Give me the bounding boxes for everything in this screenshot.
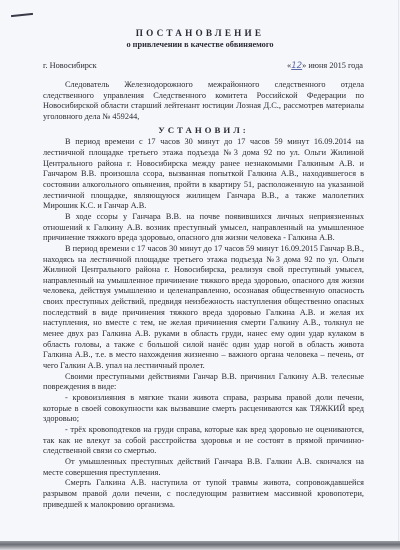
- closing-paragraph-1: От умышленных преступных действий Ганчар…: [43, 457, 364, 478]
- closing-paragraph-2: Смерть Галкина А.В. наступила от тупой т…: [43, 478, 364, 510]
- section-heading: УСТАНОВИЛ:: [43, 125, 364, 136]
- injury-item-1: - кровоизлияния в мягкие ткани живота сп…: [43, 393, 364, 425]
- document-page: ПОСТАНОВЛЕНИЕ о привлечении в качестве о…: [0, 0, 399, 541]
- document-subtitle: о привлечении в качестве обвиняемого: [0, 40, 400, 49]
- document-body: Следователь Железнодорожного межрайонног…: [43, 80, 364, 510]
- date-month-year: » июня 2015 года: [302, 61, 363, 70]
- paragraph-4: Своими преступными действиями Ганчар В.В…: [43, 372, 364, 393]
- injury-item-2: - трёх кровоподтеков на груди справа, ко…: [43, 425, 364, 457]
- handwritten-day: 12: [291, 61, 302, 71]
- paragraph-1: В период времени с 17 часов 30 минут до …: [43, 137, 364, 212]
- intro-paragraph: Следователь Железнодорожного межрайонног…: [43, 80, 364, 123]
- city-label: г. Новосибирск: [43, 61, 97, 70]
- document-date: «12» июня 2015 года: [287, 61, 363, 71]
- pen-mark: [11, 13, 33, 17]
- scan-edge-shadow: [0, 541, 400, 550]
- document-title: ПОСТАНОВЛЕНИЕ: [0, 28, 400, 38]
- paragraph-2: В ходе ссоры у Ганчара В.В. на почве поя…: [43, 212, 364, 244]
- paragraph-3: В период времени с 17 часов 30 минут до …: [43, 244, 364, 372]
